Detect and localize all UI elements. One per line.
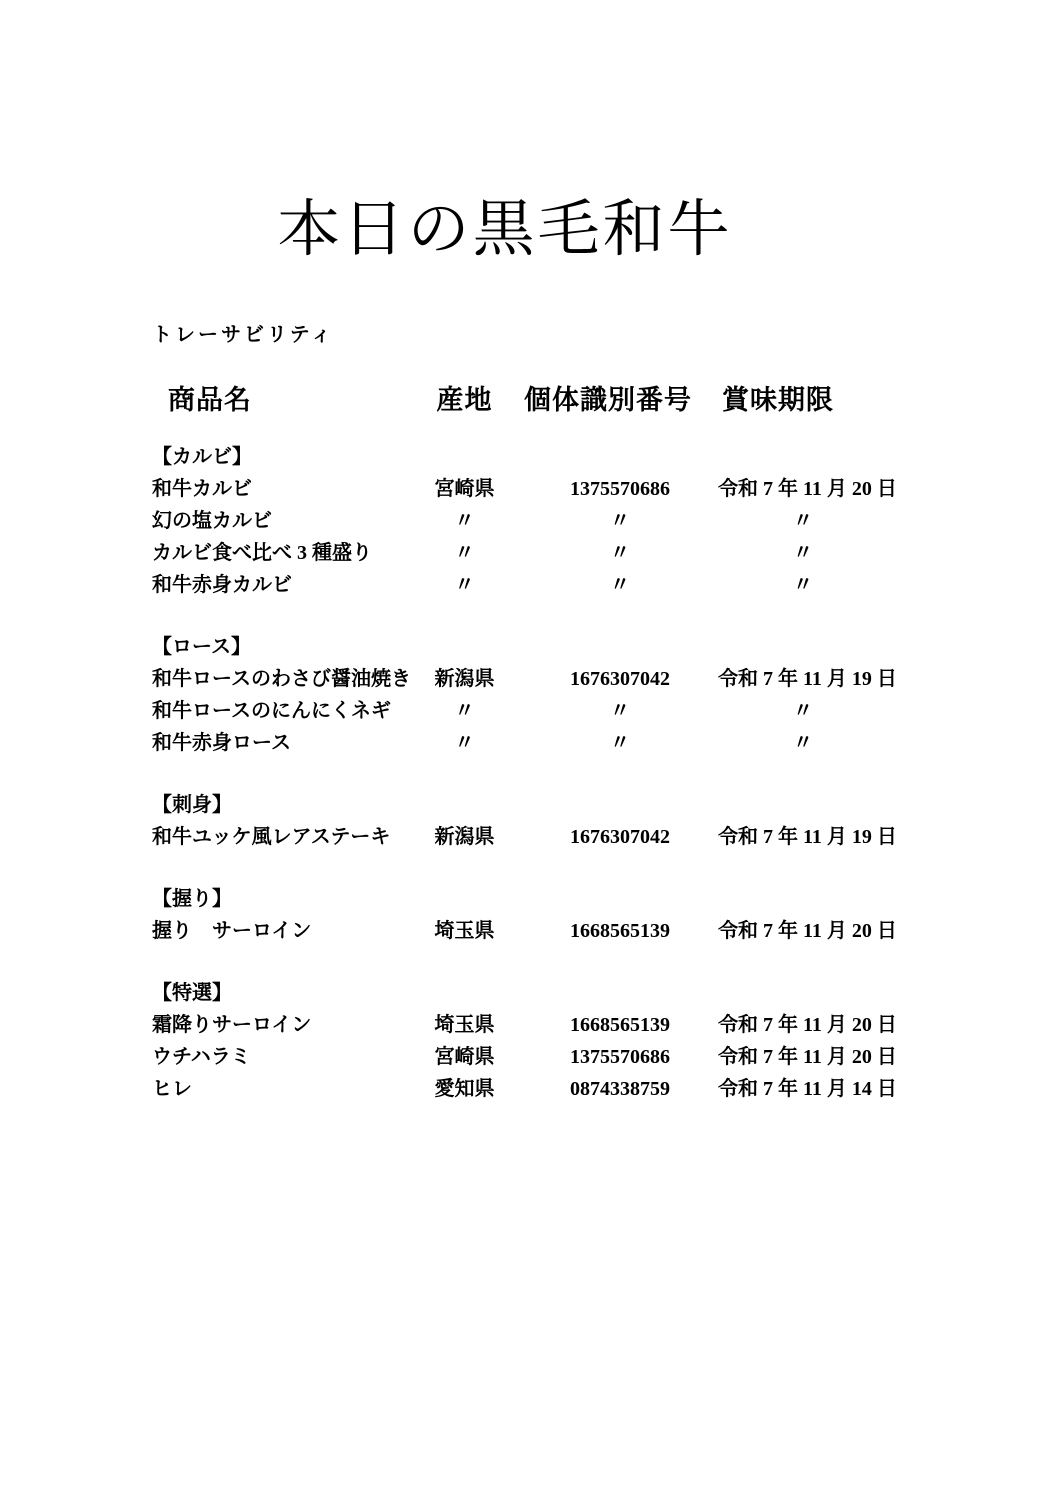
column-header-id-number: 個体識別番号 <box>522 383 718 417</box>
cell-origin: 〃 <box>407 727 522 759</box>
cell-expiry: 令和 7 年 11 月 14 日 <box>718 1073 888 1105</box>
cell-product-name: 幻の塩カルビ <box>152 505 407 537</box>
cell-id-number: 1375570686 <box>522 473 718 505</box>
cell-id-number: 0874338759 <box>522 1073 718 1105</box>
cell-origin: 宮崎県 <box>407 1041 522 1073</box>
table-row: ヒレ 愛知県 0874338759 令和 7 年 11 月 14 日 <box>152 1073 888 1105</box>
menu-section: 【刺身】 和牛ユッケ風レアステーキ 新潟県 1676307042 令和 7 年 … <box>152 789 888 853</box>
cell-expiry: 令和 7 年 11 月 20 日 <box>718 915 888 947</box>
cell-id-number: 1676307042 <box>522 821 718 853</box>
table-row: ウチハラミ 宮崎県 1375570686 令和 7 年 11 月 20 日 <box>152 1041 888 1073</box>
cell-expiry: 令和 7 年 11 月 20 日 <box>718 1041 888 1073</box>
cell-expiry: 〃 <box>718 727 888 759</box>
table-row: 和牛赤身カルビ 〃 〃 〃 <box>152 569 888 601</box>
table-row: 霜降りサーロイン 埼玉県 1668565139 令和 7 年 11 月 20 日 <box>152 1009 888 1041</box>
cell-expiry: 〃 <box>718 695 888 727</box>
column-header-expiry: 賞味期限 <box>718 383 888 417</box>
table-row: カルビ食べ比べ 3 種盛り 〃 〃 〃 <box>152 537 888 569</box>
page-title: 本日の黒毛和牛 <box>152 0 858 264</box>
cell-product-name: 和牛ロースのにんにくネギ <box>152 695 407 727</box>
cell-origin: 埼玉県 <box>407 915 522 947</box>
table-row: 握り サーロイン 埼玉県 1668565139 令和 7 年 11 月 20 日 <box>152 915 888 947</box>
table-header-row: 商品名 産地 個体識別番号 賞味期限 <box>152 383 888 417</box>
document-page: 本日の黒毛和牛 トレーサビリティ 商品名 産地 個体識別番号 賞味期限 【カルビ… <box>0 0 1058 1497</box>
cell-origin: 〃 <box>407 505 522 537</box>
cell-id-number: 〃 <box>522 695 718 727</box>
table-row: 和牛カルビ 宮崎県 1375570686 令和 7 年 11 月 20 日 <box>152 473 888 505</box>
cell-origin: 〃 <box>407 695 522 727</box>
cell-product-name: カルビ食べ比べ 3 種盛り <box>152 537 407 569</box>
cell-id-number: 〃 <box>522 727 718 759</box>
cell-expiry: 令和 7 年 11 月 20 日 <box>718 473 888 505</box>
menu-section: 【カルビ】 和牛カルビ 宮崎県 1375570686 令和 7 年 11 月 2… <box>152 441 888 601</box>
section-label: 【握り】 <box>152 883 888 915</box>
cell-id-number: 1676307042 <box>522 663 718 695</box>
cell-id-number: 〃 <box>522 505 718 537</box>
menu-section: 【握り】 握り サーロイン 埼玉県 1668565139 令和 7 年 11 月… <box>152 883 888 947</box>
cell-product-name: 和牛赤身カルビ <box>152 569 407 601</box>
cell-id-number: 〃 <box>522 569 718 601</box>
cell-product-name: ウチハラミ <box>152 1041 407 1073</box>
table-row: 和牛ロースのわさび醤油焼き 新潟県 1676307042 令和 7 年 11 月… <box>152 663 888 695</box>
section-label: 【ロース】 <box>152 631 888 663</box>
table-row: 和牛ユッケ風レアステーキ 新潟県 1676307042 令和 7 年 11 月 … <box>152 821 888 853</box>
table-row: 幻の塩カルビ 〃 〃 〃 <box>152 505 888 537</box>
cell-origin: 愛知県 <box>407 1073 522 1105</box>
table-row: 和牛赤身ロース 〃 〃 〃 <box>152 727 888 759</box>
cell-product-name: 和牛赤身ロース <box>152 727 407 759</box>
column-header-origin: 産地 <box>407 383 522 417</box>
traceability-heading: トレーサビリティ <box>152 318 888 347</box>
cell-product-name: 和牛ロースのわさび醤油焼き <box>152 663 407 695</box>
cell-expiry: 〃 <box>718 505 888 537</box>
cell-product-name: 和牛ユッケ風レアステーキ <box>152 821 407 853</box>
cell-id-number: 〃 <box>522 537 718 569</box>
menu-section: 【ロース】 和牛ロースのわさび醤油焼き 新潟県 1676307042 令和 7 … <box>152 631 888 759</box>
cell-origin: 〃 <box>407 569 522 601</box>
cell-id-number: 1668565139 <box>522 915 718 947</box>
cell-expiry: 〃 <box>718 537 888 569</box>
cell-origin: 宮崎県 <box>407 473 522 505</box>
column-header-product-name: 商品名 <box>152 383 407 417</box>
section-label: 【カルビ】 <box>152 441 888 473</box>
cell-origin: 新潟県 <box>407 663 522 695</box>
section-label: 【特選】 <box>152 977 888 1009</box>
cell-expiry: 令和 7 年 11 月 19 日 <box>718 821 888 853</box>
cell-expiry: 令和 7 年 11 月 20 日 <box>718 1009 888 1041</box>
cell-origin: 新潟県 <box>407 821 522 853</box>
cell-expiry: 〃 <box>718 569 888 601</box>
cell-product-name: 握り サーロイン <box>152 915 407 947</box>
cell-product-name: 霜降りサーロイン <box>152 1009 407 1041</box>
cell-origin: 埼玉県 <box>407 1009 522 1041</box>
cell-product-name: ヒレ <box>152 1073 407 1105</box>
cell-expiry: 令和 7 年 11 月 19 日 <box>718 663 888 695</box>
cell-origin: 〃 <box>407 537 522 569</box>
traceability-table: 【カルビ】 和牛カルビ 宮崎県 1375570686 令和 7 年 11 月 2… <box>152 441 888 1105</box>
cell-id-number: 1375570686 <box>522 1041 718 1073</box>
menu-section: 【特選】 霜降りサーロイン 埼玉県 1668565139 令和 7 年 11 月… <box>152 977 888 1105</box>
cell-id-number: 1668565139 <box>522 1009 718 1041</box>
cell-product-name: 和牛カルビ <box>152 473 407 505</box>
table-row: 和牛ロースのにんにくネギ 〃 〃 〃 <box>152 695 888 727</box>
section-label: 【刺身】 <box>152 789 888 821</box>
document-content: 本日の黒毛和牛 トレーサビリティ 商品名 産地 個体識別番号 賞味期限 【カルビ… <box>152 0 888 1105</box>
